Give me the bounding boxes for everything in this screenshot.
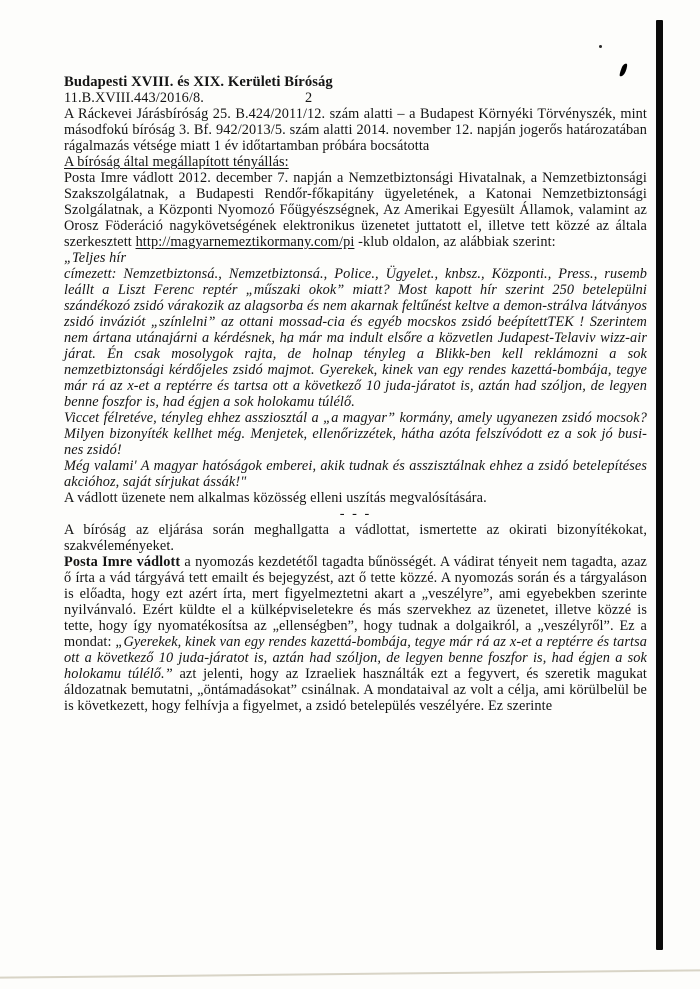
- case-number-line: 11.B.XVIII.443/2016/8. 2: [64, 90, 647, 106]
- scan-edge-bar: [656, 20, 663, 950]
- document-page: Budapesti XVIII. és XIX. Kerületi Bírósá…: [0, 0, 700, 989]
- section-divider: - - -: [64, 506, 647, 522]
- quote-viccet-paragraph: Viccet félretéve, tényleg ehhez assziosz…: [64, 410, 647, 458]
- page-number: 2: [305, 90, 312, 106]
- court-procedure-paragraph: A bíróság az eljárása során meghallgatta…: [64, 522, 647, 554]
- facts-intro-paragraph: Posta Imre vádlott 2012. december 7. nap…: [64, 170, 647, 250]
- quote-title-line: „Teljes hír: [64, 250, 647, 266]
- facts-heading: A bíróság által megállapított tényállás:: [64, 154, 647, 170]
- quote-closing-paragraph: Még valami' A magyar hatóságok emberei, …: [64, 458, 647, 490]
- court-name-header: Budapesti XVIII. és XIX. Kerületi Bírósá…: [64, 74, 647, 90]
- document-content: Budapesti XVIII. és XIX. Kerületi Bírósá…: [64, 74, 647, 714]
- quote-body-paragraph: címezett: Nemzetbiztonsá., Nemzetbiztons…: [64, 266, 647, 410]
- case-number: 11.B.XVIII.443/2016/8.: [64, 90, 204, 106]
- ink-dot-small: [599, 45, 602, 48]
- assessment-line: A vádlott üzenete nem alkalmas közösség …: [64, 490, 647, 506]
- prior-ruling-paragraph: A Ráckevei Járásbíróság 25. B.424/2011/1…: [64, 106, 647, 154]
- ink-dot-faint: [287, 341, 289, 343]
- defendant-testimony-paragraph: Posta Imre vádlott a nyomozás kezdetétől…: [64, 554, 647, 714]
- scan-bottom-edge-line: [0, 969, 700, 978]
